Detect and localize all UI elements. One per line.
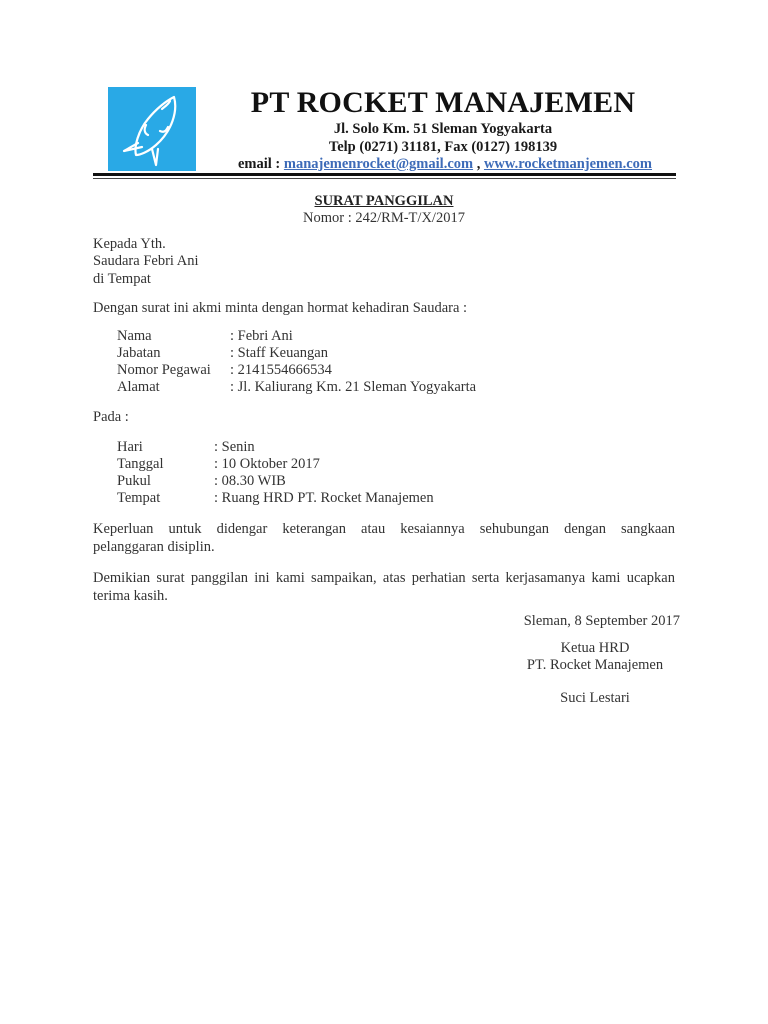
field-value: : Febri Ani <box>230 328 293 345</box>
company-address: Jl. Solo Km. 51 Sleman Yogyakarta <box>200 121 686 138</box>
field-label: Tanggal <box>117 456 164 473</box>
signer-name: Suci Lestari <box>500 690 690 707</box>
letter-page: PT ROCKET MANAJEMEN Jl. Solo Km. 51 Slem… <box>0 0 768 1024</box>
field-value: : Ruang HRD PT. Rocket Manajemen <box>214 490 434 507</box>
field-label: Pukul <box>117 473 151 490</box>
signer-title: Ketua HRD <box>500 640 690 657</box>
letter-number: Nomor : 242/RM-T/X/2017 <box>0 210 768 227</box>
purpose-paragraph-line-2: pelanggaran disiplin. <box>93 538 675 557</box>
email-label: email : <box>238 156 284 172</box>
letterhead-divider-thick <box>93 173 676 176</box>
field-label: Nomor Pegawai <box>117 362 211 379</box>
company-contact: email : manajemenrocket@gmail.com , www.… <box>210 156 680 173</box>
company-name: PT ROCKET MANAJEMEN <box>200 86 686 120</box>
field-value: : 2141554666534 <box>230 362 332 379</box>
website-link[interactable]: www.rocketmanjemen.com <box>484 156 652 172</box>
field-value: : 08.30 WIB <box>214 473 286 490</box>
field-value: : Senin <box>214 439 255 456</box>
schedule-intro: Pada : <box>93 409 129 426</box>
place-date: Sleman, 8 September 2017 <box>500 613 680 630</box>
letterhead-divider-thin <box>93 178 676 179</box>
company-phone-fax: Telp (0271) 31181, Fax (0127) 198139 <box>200 139 686 156</box>
letter-title: SURAT PANGGILAN <box>0 193 768 210</box>
field-value: : Staff Keuangan <box>230 345 328 362</box>
signer-company: PT. Rocket Manajemen <box>500 657 690 674</box>
opening-text: Dengan surat ini akmi minta dengan horma… <box>93 300 467 317</box>
purpose-paragraph-line-1: Keperluan untuk didengar keterangan atau… <box>93 520 675 539</box>
field-label: Hari <box>117 439 143 456</box>
field-value: : Jl. Kaliurang Km. 21 Sleman Yogyakarta <box>230 379 476 396</box>
recipient-line-3: di Tempat <box>93 271 151 288</box>
field-label: Jabatan <box>117 345 160 362</box>
field-label: Nama <box>117 328 152 345</box>
email-link[interactable]: manajemenrocket@gmail.com <box>284 156 473 172</box>
closing-paragraph-line-1: Demikian surat panggilan ini kami sampai… <box>93 569 675 588</box>
field-label: Tempat <box>117 490 160 507</box>
rocket-icon <box>108 87 196 171</box>
field-value: : 10 Oktober 2017 <box>214 456 320 473</box>
recipient-line-1: Kepada Yth. <box>93 236 166 253</box>
contact-separator: , <box>473 156 484 172</box>
recipient-line-2: Saudara Febri Ani <box>93 253 199 270</box>
company-logo <box>108 87 196 171</box>
field-label: Alamat <box>117 379 160 396</box>
closing-paragraph-line-2: terima kasih. <box>93 587 675 606</box>
